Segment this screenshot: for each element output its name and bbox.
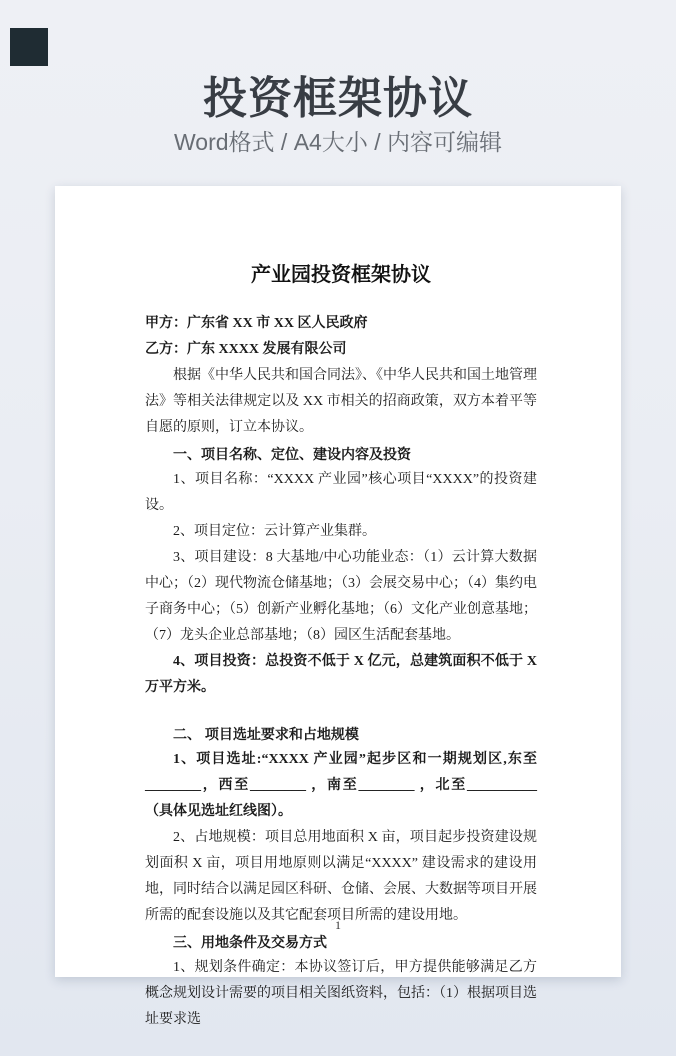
document-paragraph: 4、项目投资：总投资不低于 X 亿元，总建筑面积不低于 X 万平方米。 (145, 649, 537, 701)
template-preview-screen: 投资框架协议 Word格式 / A4大小 / 内容可编辑 产业园投资框架协议 甲… (0, 0, 676, 1056)
template-subtitle: Word格式 / A4大小 / 内容可编辑 (0, 124, 676, 157)
document-paragraph: 1、规划条件确定：本协议签订后，甲方提供能够满足乙方概念规划设计需要的项目相关图… (145, 955, 537, 1033)
document-paragraph: 2、项目定位：云计算产业集群。 (145, 519, 537, 545)
document-paragraph: 一、项目名称、定位、建设内容及投资 (145, 441, 537, 467)
document-paragraph: 乙方：广东 XXXX 发展有限公司 (145, 337, 537, 363)
document-paragraph: 根据《中华人民共和国合同法》、《中华人民共和国土地管理法》等相关法律规定以及 X… (145, 363, 537, 441)
document-page: 产业园投资框架协议 甲方：广东省 XX 市 XX 区人民政府乙方：广东 XXXX… (55, 186, 621, 977)
document-paragraph: 甲方：广东省 XX 市 XX 区人民政府 (145, 311, 537, 337)
document-paragraph: 3、项目建设：8 大基地/中心功能业态：（1）云计算大数据中心；（2）现代物流仓… (145, 545, 537, 649)
document-paragraph: 1、项目名称：“XXXX 产业园”核心项目“XXXX”的投资建设。 (145, 467, 537, 519)
page-number: 1 (55, 918, 621, 933)
corner-logo-square (10, 28, 48, 66)
document-content: 产业园投资框架协议 甲方：广东省 XX 市 XX 区人民政府乙方：广东 XXXX… (145, 258, 537, 1033)
document-paragraph: 二、 项目选址要求和占地规模 (145, 721, 537, 747)
document-title: 产业园投资框架协议 (145, 258, 537, 287)
document-paragraph: 2、占地规模：项目总用地面积 X 亩，项目起步投资建设规划面积 X 亩，项目用地… (145, 825, 537, 929)
template-title: 投资框架协议 (0, 62, 676, 126)
document-paragraph: 1、项目选址:“XXXX 产业园”起步区和一期规划区,东至________，西至… (145, 747, 537, 825)
